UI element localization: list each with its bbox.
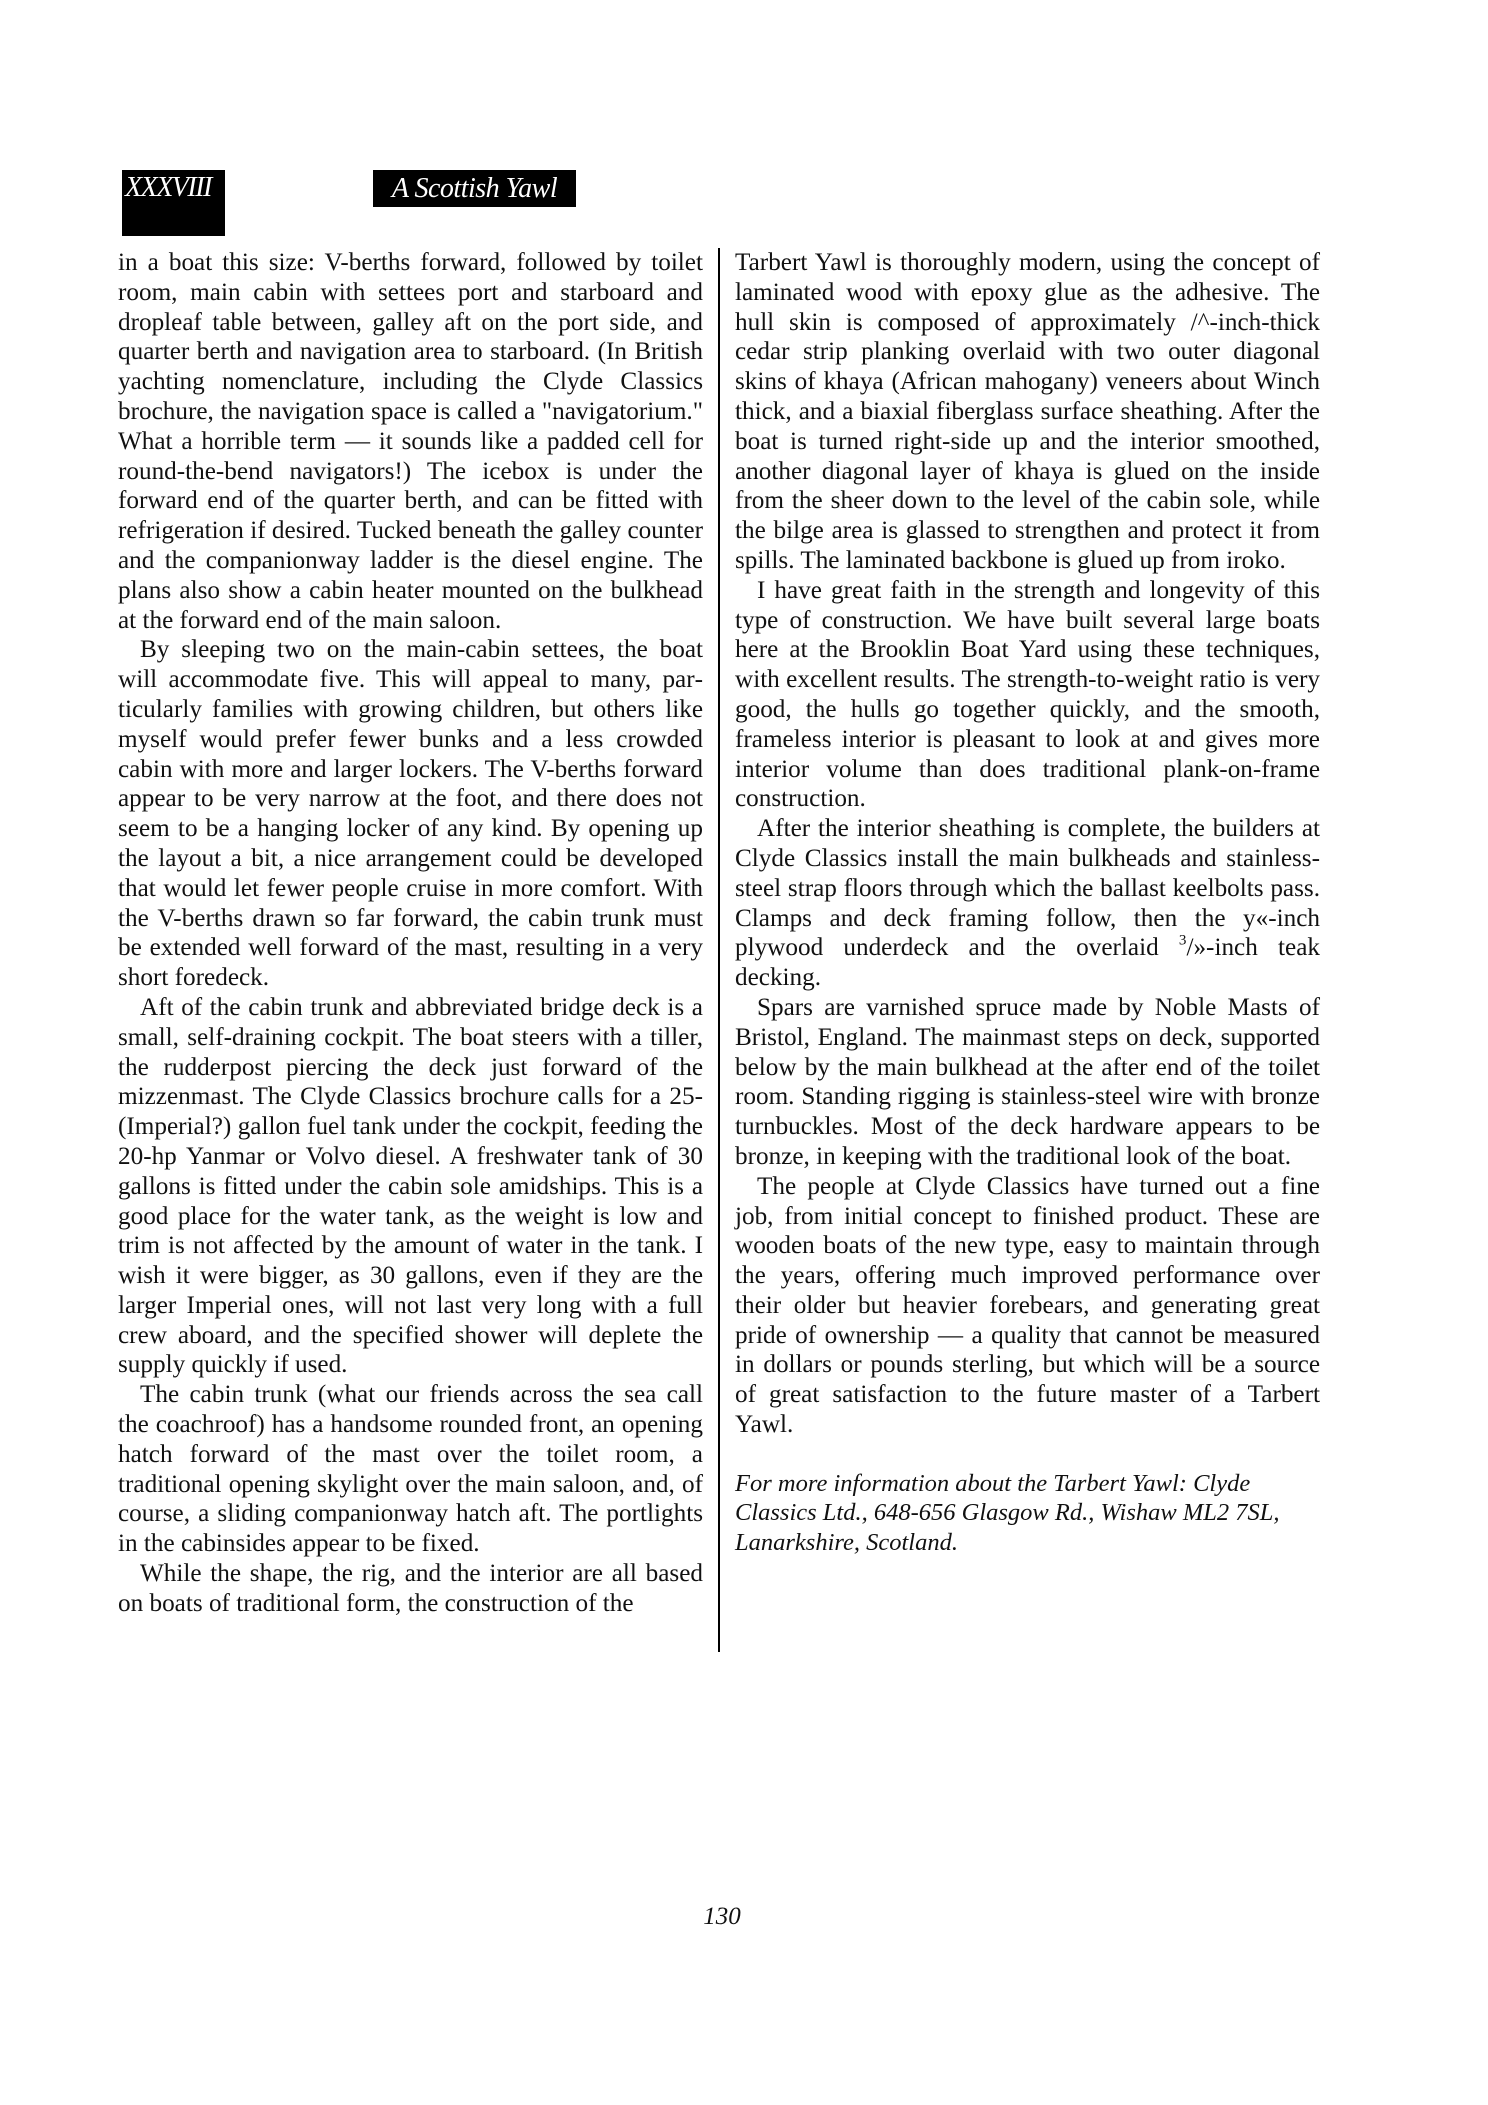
paragraph: While the shape, the rig, and the interi… [118, 1559, 703, 1619]
page-number: 130 [0, 1902, 1444, 1932]
paragraph: The cabin trunk (what our friends across… [118, 1380, 703, 1559]
paragraph: By sleeping two on the main-cabin settee… [118, 635, 703, 993]
contact-info-note: For more information about the Tarbert Y… [735, 1469, 1320, 1558]
paragraph: Aft of the cabin trunk and abbreviated b… [118, 993, 703, 1380]
paragraph: in a boat this size: V-berths forward, f… [118, 248, 703, 635]
paragraph: The people at Clyde Classics have turned… [735, 1172, 1320, 1440]
left-column: in a boat this size: V-berths forward, f… [118, 248, 703, 1619]
chapter-number-badge: XXXVIII [122, 170, 225, 236]
paragraph: Tarbert Yawl is thoroughly modern, using… [735, 248, 1320, 576]
chapter-number: XXXVIII [125, 172, 211, 203]
running-title-badge: A Scottish Yawl [373, 170, 576, 207]
paragraph: Spars are varnished spruce made by Noble… [735, 993, 1320, 1172]
right-column: Tarbert Yawl is thoroughly modern, using… [735, 248, 1320, 1557]
paragraph: I have great faith in the strength and l… [735, 576, 1320, 814]
paragraph: After the interior sheathing is complete… [735, 814, 1320, 993]
running-title: A Scottish Yawl [392, 173, 557, 204]
column-divider [718, 248, 720, 1652]
